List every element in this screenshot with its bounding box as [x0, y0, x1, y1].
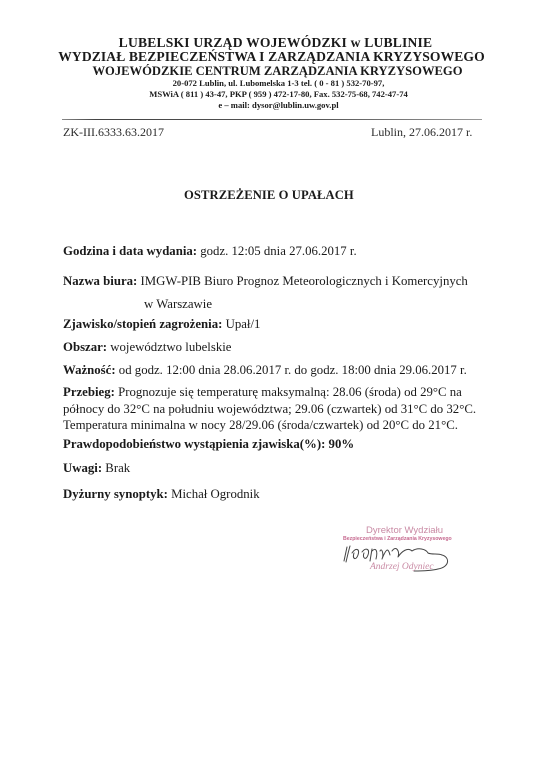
field-area: Obszar: województwo lubelskie — [63, 339, 231, 356]
field-label: Prawdopodobieństwo wystąpienia zjawiska(… — [63, 437, 325, 451]
field-label: Przebieg: — [63, 385, 115, 399]
field-duty-forecaster: Dyżurny synoptyk: Michał Ogrodnik — [63, 486, 260, 503]
field-label: Godzina i data wydania: — [63, 244, 197, 258]
field-issue-time: Godzina i data wydania: godz. 12:05 dnia… — [63, 243, 357, 260]
field-label: Obszar: — [63, 340, 107, 354]
signature-stamp: Dyrektor Wydziału Bezpieczeństwa i Zarzą… — [338, 525, 488, 585]
letterhead: LUBELSKI URZĄD WOJEWÓDZKI w LUBLINIE WYD… — [0, 36, 543, 111]
field-value-line1: Prognozuje się temperaturę maksymalną: 2… — [115, 385, 462, 399]
field-phenomenon: Zjawisko/stopień zagrożenia: Upał/1 — [63, 316, 260, 333]
header-divider — [62, 119, 482, 120]
field-value: Brak — [102, 461, 130, 475]
field-course: Przebieg: Prognozuje się temperaturę mak… — [63, 384, 476, 434]
letterhead-center: WOJEWÓDZKIE CENTRUM ZARZĄDZANIA KRYZYSOW… — [12, 64, 543, 78]
reference-number: ZK-III.6333.63.2017 — [63, 125, 164, 140]
field-value-continuation: w Warszawie — [63, 296, 468, 313]
field-value: Upał/1 — [222, 317, 260, 331]
field-value: 90% — [325, 437, 354, 451]
letterhead-email: e – mail: dysor@lublin.uw.gov.pl — [14, 100, 543, 111]
field-value: województwo lubelskie — [107, 340, 231, 354]
field-probability: Prawdopodobieństwo wystąpienia zjawiska(… — [63, 436, 354, 453]
field-value: Michał Ogrodnik — [168, 487, 260, 501]
letterhead-department: WYDZIAŁ BEZPIECZEŃSTWA I ZARZĄDZANIA KRY… — [0, 50, 543, 64]
handwritten-signature-icon — [338, 525, 488, 585]
field-value: od godz. 12:00 dnia 28.06.2017 r. do god… — [116, 363, 467, 377]
document-title: OSTRZEŻENIE O UPAŁACH — [184, 188, 354, 203]
field-value-line3: Temperatura minimalna w nocy 28/29.06 (ś… — [63, 417, 476, 434]
field-remarks: Uwagi: Brak — [63, 460, 130, 477]
field-label: Uwagi: — [63, 461, 102, 475]
field-value: godz. 12:05 dnia 27.06.2017 r. — [197, 244, 357, 258]
field-validity: Ważność: od godz. 12:00 dnia 28.06.2017 … — [63, 362, 467, 379]
field-label: Nazwa biura: — [63, 274, 137, 288]
place-date: Lublin, 27.06.2017 r. — [371, 125, 472, 140]
field-label: Ważność: — [63, 363, 116, 377]
letterhead-address: 20-072 Lublin, ul. Lubomelska 1-3 tel. (… — [14, 78, 543, 89]
field-label: Dyżurny synoptyk: — [63, 487, 168, 501]
field-value: IMGW-PIB Biuro Prognoz Meteorologicznych… — [137, 274, 468, 288]
field-value-line2: północy do 32°C na południu województwa;… — [63, 401, 476, 418]
letterhead-institution: LUBELSKI URZĄD WOJEWÓDZKI w LUBLINIE — [8, 36, 543, 50]
field-label: Zjawisko/stopień zagrożenia: — [63, 317, 222, 331]
letterhead-phones: MSWiA ( 811 ) 43-47, PKP ( 959 ) 472-17-… — [14, 89, 543, 100]
field-office-name: Nazwa biura: IMGW-PIB Biuro Prognoz Mete… — [63, 273, 468, 313]
stamp-name: Andrzej Odyniec — [370, 562, 434, 572]
